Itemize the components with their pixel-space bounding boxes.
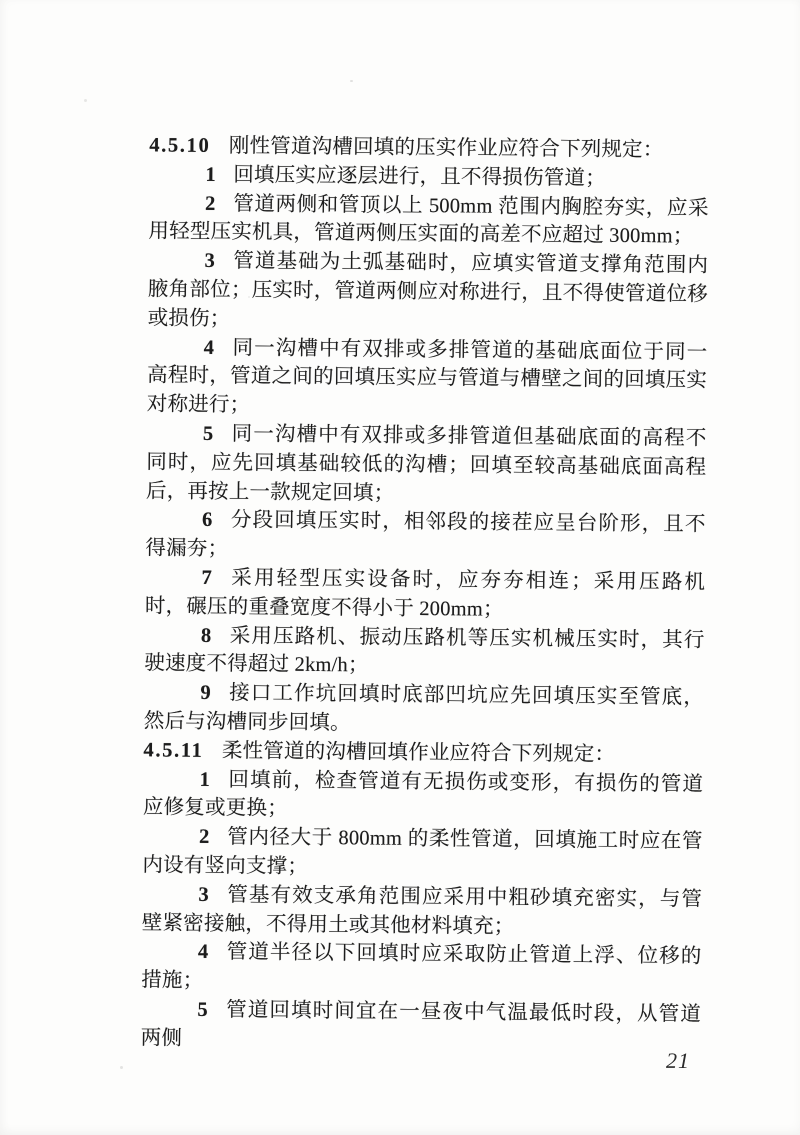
item-number: 4 [204, 336, 215, 358]
item-number: 9 [200, 682, 211, 704]
clause-item: 7采用轻型压实设备时，应夯夯相连；采用压路机时，碾压的重叠宽度不得小于 200m… [145, 563, 706, 626]
item-text: 同一沟槽中有双排或多排管道但基础底面的高程不同时，应先回填基础较低的沟槽；回填至… [146, 423, 707, 504]
item-text: 分段回填压实时，相邻段的接茬应呈台阶形，且不得漏夯； [145, 509, 705, 560]
item-number: 6 [202, 509, 213, 531]
item-number: 2 [205, 192, 216, 214]
clause-item: 5同一沟槽中有双排或多排管道但基础底面的高程不同时，应先回填基础较低的沟槽；回填… [146, 419, 707, 511]
item-number: 8 [201, 624, 212, 646]
item-number: 5 [203, 423, 214, 445]
item-number: 4 [198, 941, 209, 963]
scan-speck [120, 1066, 123, 1069]
item-text: 管道回填时间宜在一昼夜中气温最低时段，从管道两侧 [141, 999, 701, 1049]
clause-item: 2管内径大于 800mm 的柔性管道，回填施工时应在管内设有竖向支撑； [142, 822, 703, 885]
item-number: 7 [201, 567, 212, 589]
item-text: 管内径大于 800mm 的柔性管道，回填施工时应在管内设有竖向支撑； [142, 826, 702, 878]
clause-item: 5管道回填时间宜在一昼夜中气温最低时段，从管道两侧 [141, 995, 702, 1058]
scan-speck [350, 80, 353, 82]
clause-item: 8采用压路机、振动压路机等压实机械压实时，其行驶速度不得超过 2km/h； [144, 621, 705, 684]
clause-item: 3管道基础为土弧基础时，应填实管道支撑角范围内腋角部位；压实时，管道两侧应对称进… [148, 247, 709, 339]
item-number: 3 [198, 884, 209, 906]
item-number: 1 [205, 164, 216, 186]
clause-item: 3管基有效支承角范围应采用中粗砂填充密实，与管壁紧密接触，不得用土或其他材料填充… [142, 880, 703, 943]
item-number: 2 [199, 826, 210, 848]
item-text: 采用轻型压实设备时，应夯夯相连；采用压路机时，碾压的重叠宽度不得小于 200mm… [145, 567, 705, 620]
clause-item: 6分段回填压实时，相邻段的接茬应呈台阶形，且不得漏夯； [145, 506, 706, 569]
scanned-document-page: 4.5.10刚性管道沟槽回填的压实作业应符合下列规定： 1回填压实应逐层进行，且… [0, 0, 800, 1135]
item-text: 接口工作坑回填时底部凹坑应先回填压实至管底，然后与沟槽同步回填。 [144, 682, 704, 734]
document-content: 4.5.10刚性管道沟槽回填的压实作业应符合下列规定： 1回填压实应逐层进行，且… [141, 131, 710, 1058]
item-text: 同一沟槽中有双排或多排管道的基础底面位于同一高程时，管道之间的回填压实应与管道与… [147, 337, 708, 417]
item-text: 回填压实应逐层进行，且不得损伤管道； [233, 164, 606, 190]
item-text: 回填前，检查管道有无损伤或变形，有损伤的管道应修复或更换； [143, 769, 703, 820]
item-text: 采用压路机、振动压路机等压实机械压实时，其行驶速度不得超过 2km/h； [144, 625, 704, 677]
clause-item: 1回填前，检查管道有无损伤或变形，有损伤的管道应修复或更换； [143, 765, 704, 828]
item-number: 3 [204, 250, 215, 272]
clause-number: 4.5.11 [143, 739, 203, 762]
clause-item: 4同一沟槽中有双排或多排管道的基础底面位于同一高程时，管道之间的回填压实应与管道… [147, 333, 708, 425]
clause-title: 刚性管道沟槽回填的压实作业应符合下列规定： [229, 135, 664, 161]
clause-item: 4管道半径以下回填时应采取防止管道上浮、位移的措施； [141, 938, 702, 1001]
clause-item: 9接口工作坑回填时底部凹坑应先回填压实至管底，然后与沟槽同步回填。 [144, 678, 705, 741]
item-text: 管道两侧和管顶以上 500mm 范围内胸腔夯实，应采用轻型压实机具，管道两侧压实… [148, 193, 708, 248]
item-text: 管道半径以下回填时应采取防止管道上浮、位移的措施； [141, 941, 701, 992]
item-text: 管基有效支承角范围应采用中粗砂填充密实，与管壁紧密接触，不得用土或其他材料填充； [142, 884, 702, 938]
scan-speck [84, 99, 87, 102]
clause-number: 4.5.10 [149, 134, 210, 157]
item-number: 1 [199, 768, 210, 790]
item-number: 5 [197, 999, 208, 1021]
clause-item: 2管道两侧和管顶以上 500mm 范围内胸腔夯实，应采用轻型压实机具，管道两侧压… [148, 189, 709, 252]
clause-heading: 4.5.11柔性管道的沟槽回填作业应符合下列规定： [143, 736, 703, 770]
clause-title: 柔性管道的沟槽回填作业应符合下列规定： [222, 740, 616, 766]
item-text: 管道基础为土弧基础时，应填实管道支撑角范围内腋角部位；压实时，管道两侧应对称进行… [148, 250, 709, 330]
page-number: 21 [666, 1048, 690, 1074]
